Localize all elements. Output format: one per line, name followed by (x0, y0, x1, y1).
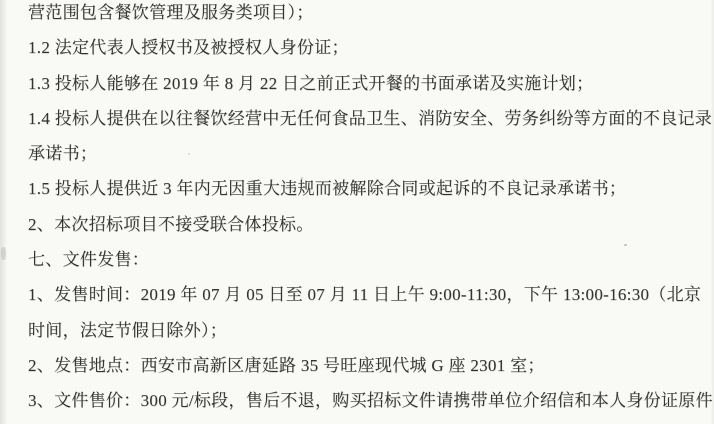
scan-edge-shadow-left (0, 0, 10, 424)
document-line-sale-time-wrap: 时间，法定节假日除外）； (28, 313, 696, 348)
scan-speckle (1, 247, 6, 260)
document-line-1-5: 1.5 投标人提供近 3 年内无因重大违规而被解除合同或起诉的不良记录承诺书； (28, 171, 696, 206)
document-line-2: 2、本次招标项目不接受联合体投标。 (28, 207, 696, 242)
document-heading-7: 七、文件发售： (28, 242, 696, 277)
scanned-document-page: 营范围包含餐饮管理及服务类项目）； 1.2 法定代表人授权书及被授权人身份证； … (0, 0, 714, 424)
document-line-1-4: 1.4 投标人提供在以往餐饮经营中无任何食品卫生、消防安全、劳务纠纷等方面的不良… (28, 101, 696, 136)
document-line-sale-price: 3、文件售价：300 元/标段，售后不退，购买招标文件请携带单位介绍信和本人身份… (28, 383, 696, 418)
document-line-sale-time: 1、发售时间：2019 年 07 月 05 日至 07 月 11 日上午 9:0… (28, 277, 696, 312)
document-line-continuation: 营范围包含餐饮管理及服务类项目）； (28, 0, 696, 30)
document-line-sale-place: 2、发售地点：西安市高新区唐延路 35 号旺座现代城 G 座 2301 室； (28, 348, 696, 383)
document-line-1-3: 1.3 投标人能够在 2019 年 8 月 22 日之前正式开餐的书面承诺及实施… (28, 66, 696, 101)
document-text-block: 营范围包含餐饮管理及服务类项目）； 1.2 法定代表人授权书及被授权人身份证； … (28, 0, 696, 419)
document-line-1-4-wrap: 承诺书； (28, 136, 696, 171)
document-line-1-2: 1.2 法定代表人授权书及被授权人身份证； (28, 30, 696, 65)
